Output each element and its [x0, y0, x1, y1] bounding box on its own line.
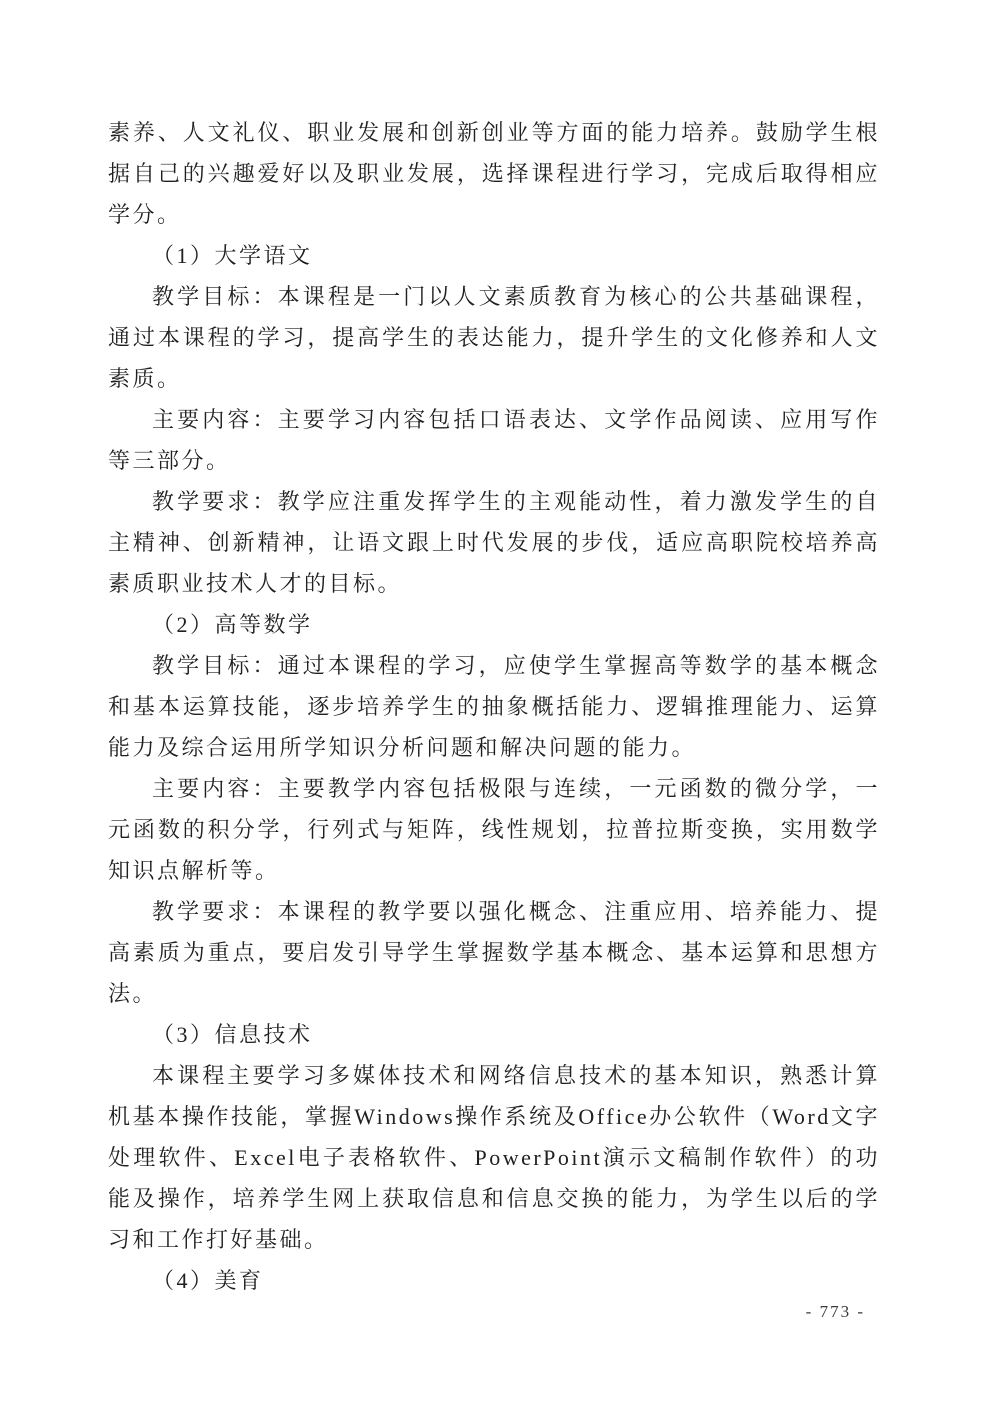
document-page: 素养、人文礼仪、职业发展和创新创业等方面的能力培养。鼓励学生根据自己的兴趣爱好以… [0, 0, 1000, 1414]
paragraph: 教学目标：本课程是一门以人文素质教育为核心的公共基础课程，通过本课程的学习，提高… [108, 276, 880, 399]
page-footer: - 773 - [806, 1300, 865, 1324]
paragraph: （3）信息技术 [108, 1014, 880, 1055]
page-number: - 773 - [806, 1302, 865, 1321]
paragraph: （4）美育 [108, 1260, 880, 1301]
paragraph: （2）高等数学 [108, 604, 880, 645]
document-body: 素养、人文礼仪、职业发展和创新创业等方面的能力培养。鼓励学生根据自己的兴趣爱好以… [108, 112, 880, 1301]
paragraph: 主要内容：主要学习内容包括口语表达、文学作品阅读、应用写作等三部分。 [108, 399, 880, 481]
paragraph: 素养、人文礼仪、职业发展和创新创业等方面的能力培养。鼓励学生根据自己的兴趣爱好以… [108, 112, 880, 235]
paragraph: 教学要求：教学应注重发挥学生的主观能动性，着力激发学生的自主精神、创新精神，让语… [108, 481, 880, 604]
paragraph: 教学目标：通过本课程的学习，应使学生掌握高等数学的基本概念和基本运算技能，逐步培… [108, 645, 880, 768]
paragraph: 主要内容：主要教学内容包括极限与连续，一元函数的微分学，一元函数的积分学，行列式… [108, 768, 880, 891]
paragraph: 教学要求：本课程的教学要以强化概念、注重应用、培养能力、提高素质为重点，要启发引… [108, 891, 880, 1014]
paragraph: 本课程主要学习多媒体技术和网络信息技术的基本知识，熟悉计算机基本操作技能，掌握W… [108, 1055, 880, 1260]
paragraph: （1）大学语文 [108, 235, 880, 276]
